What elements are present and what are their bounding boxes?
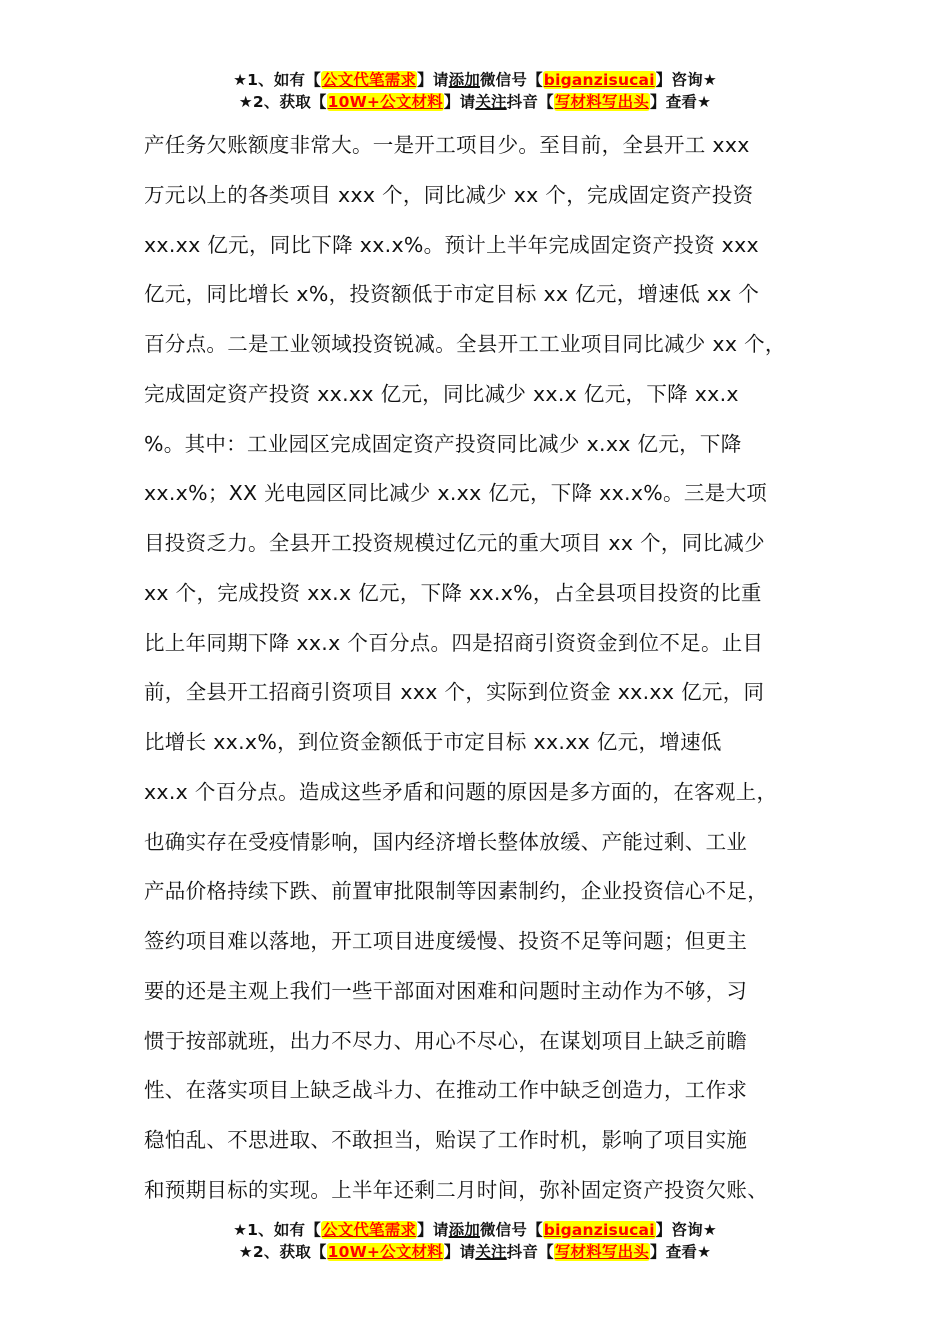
body-line: 万元以上的各类项目 xxx 个，同比减少 xx 个，完成固定资产投资	[144, 171, 834, 221]
footer-promo-line-1: ★1、如有【公文代笔需求】请添加微信号【biganzisucai】咨询★	[0, 1219, 950, 1241]
body-line: 比增长 xx.x%，到位资金额低于市定目标 xx.xx 亿元，增速低	[144, 718, 834, 768]
highlight-wechat-id[interactable]: biganzisucai	[543, 1221, 656, 1239]
underlined-follow: 关注	[475, 93, 506, 111]
promo-text: 抖音【	[507, 1243, 554, 1261]
highlight-douyin-account[interactable]: 写材料写出头	[554, 1243, 650, 1261]
body-line: 比上年同期下降 xx.x 个百分点。四是招商引资资金到位不足。止目	[144, 619, 834, 669]
body-line: xx.x 个百分点。造成这些矛盾和问题的原因是多方面的，在客观上，	[144, 768, 834, 818]
promo-text: 】咨询★	[656, 71, 717, 89]
body-line: 前，全县开工招商引资项目 xxx 个，实际到位资金 xx.xx 亿元，同	[144, 668, 834, 718]
document-body: 产任务欠账额度非常大。一是开工项目少。至目前，全县开工 xxx 万元以上的各类项…	[144, 121, 834, 1216]
promo-text: 】查看★	[650, 1243, 711, 1261]
body-line: 也确实存在受疫情影响，国内经济增长整体放缓、产能过剩、工业	[144, 818, 834, 868]
body-line: xx.xx 亿元，同比下降 xx.x%。预计上半年完成固定资产投资 xxx	[144, 221, 834, 271]
promo-text: 微信号【	[480, 1221, 543, 1239]
highlight-writing-service: 公文代笔需求	[321, 71, 417, 89]
promo-text: 】请	[444, 93, 475, 111]
promo-text: ★1、如有【	[233, 71, 321, 89]
body-line: 产品价格持续下跌、前置审批限制等因素制约，企业投资信心不足，	[144, 867, 834, 917]
footer-promo: ★1、如有【公文代笔需求】请添加微信号【biganzisucai】咨询★ ★2、…	[0, 1219, 950, 1263]
body-line: 完成固定资产投资 xx.xx 亿元，同比减少 xx.x 亿元，下降 xx.x	[144, 370, 834, 420]
promo-text: ★2、获取【	[239, 1243, 327, 1261]
body-line: 性、在落实项目上缺乏战斗力、在推动工作中缺乏创造力，工作求	[144, 1066, 834, 1116]
body-line: 百分点。二是工业领域投资锐减。全县开工工业项目同比减少 xx 个，	[144, 320, 834, 370]
body-line: 亿元，同比增长 x%，投资额低于市定目标 xx 亿元，增速低 xx 个	[144, 270, 834, 320]
footer-promo-line-2: ★2、获取【10W+公文材料】请关注抖音【写材料写出头】查看★	[0, 1241, 950, 1263]
promo-text: 】请	[417, 1221, 448, 1239]
promo-text: 抖音【	[507, 93, 554, 111]
body-line: 目投资乏力。全县开工投资规模过亿元的重大项目 xx 个，同比减少	[144, 519, 834, 569]
highlight-materials: 10W+公文材料	[327, 1243, 444, 1261]
header-promo: ★1、如有【公文代笔需求】请添加微信号【biganzisucai】咨询★ ★2、…	[0, 69, 950, 113]
promo-text: 】请	[417, 71, 448, 89]
body-line: xx 个，完成投资 xx.x 亿元，下降 xx.x%，占全县项目投资的比重	[144, 569, 834, 619]
body-line: 和预期目标的实现。上半年还剩二月时间，弥补固定资产投资欠账、	[144, 1166, 834, 1216]
promo-text: 】咨询★	[656, 1221, 717, 1239]
header-promo-line-2: ★2、获取【10W+公文材料】请关注抖音【写材料写出头】查看★	[0, 91, 950, 113]
body-line: 惯于按部就班，出力不尽力、用心不尽心，在谋划项目上缺乏前瞻	[144, 1017, 834, 1067]
body-line: xx.x%；XX 光电园区同比减少 x.xx 亿元，下降 xx.x%。三是大项	[144, 469, 834, 519]
body-line: %。其中：工业园区完成固定资产投资同比减少 x.xx 亿元，下降	[144, 420, 834, 470]
body-line: 稳怕乱、不思进取、不敢担当，贻误了工作时机，影响了项目实施	[144, 1116, 834, 1166]
underlined-add: 添加	[449, 71, 480, 89]
body-line: 签约项目难以落地，开工项目进度缓慢、投资不足等问题；但更主	[144, 917, 834, 967]
promo-text: ★1、如有【	[233, 1221, 321, 1239]
promo-text: 】请	[444, 1243, 475, 1261]
highlight-douyin-account[interactable]: 写材料写出头	[554, 93, 650, 111]
promo-text: 】查看★	[650, 93, 711, 111]
promo-text: ★2、获取【	[239, 93, 327, 111]
underlined-add: 添加	[449, 1221, 480, 1239]
header-promo-line-1: ★1、如有【公文代笔需求】请添加微信号【biganzisucai】咨询★	[0, 69, 950, 91]
highlight-materials: 10W+公文材料	[327, 93, 444, 111]
underlined-follow: 关注	[475, 1243, 506, 1261]
highlight-writing-service: 公文代笔需求	[321, 1221, 417, 1239]
promo-text: 微信号【	[480, 71, 543, 89]
body-line: 产任务欠账额度非常大。一是开工项目少。至目前，全县开工 xxx	[144, 121, 834, 171]
body-line: 要的还是主观上我们一些干部面对困难和问题时主动作为不够，习	[144, 967, 834, 1017]
highlight-wechat-id[interactable]: biganzisucai	[543, 71, 656, 89]
